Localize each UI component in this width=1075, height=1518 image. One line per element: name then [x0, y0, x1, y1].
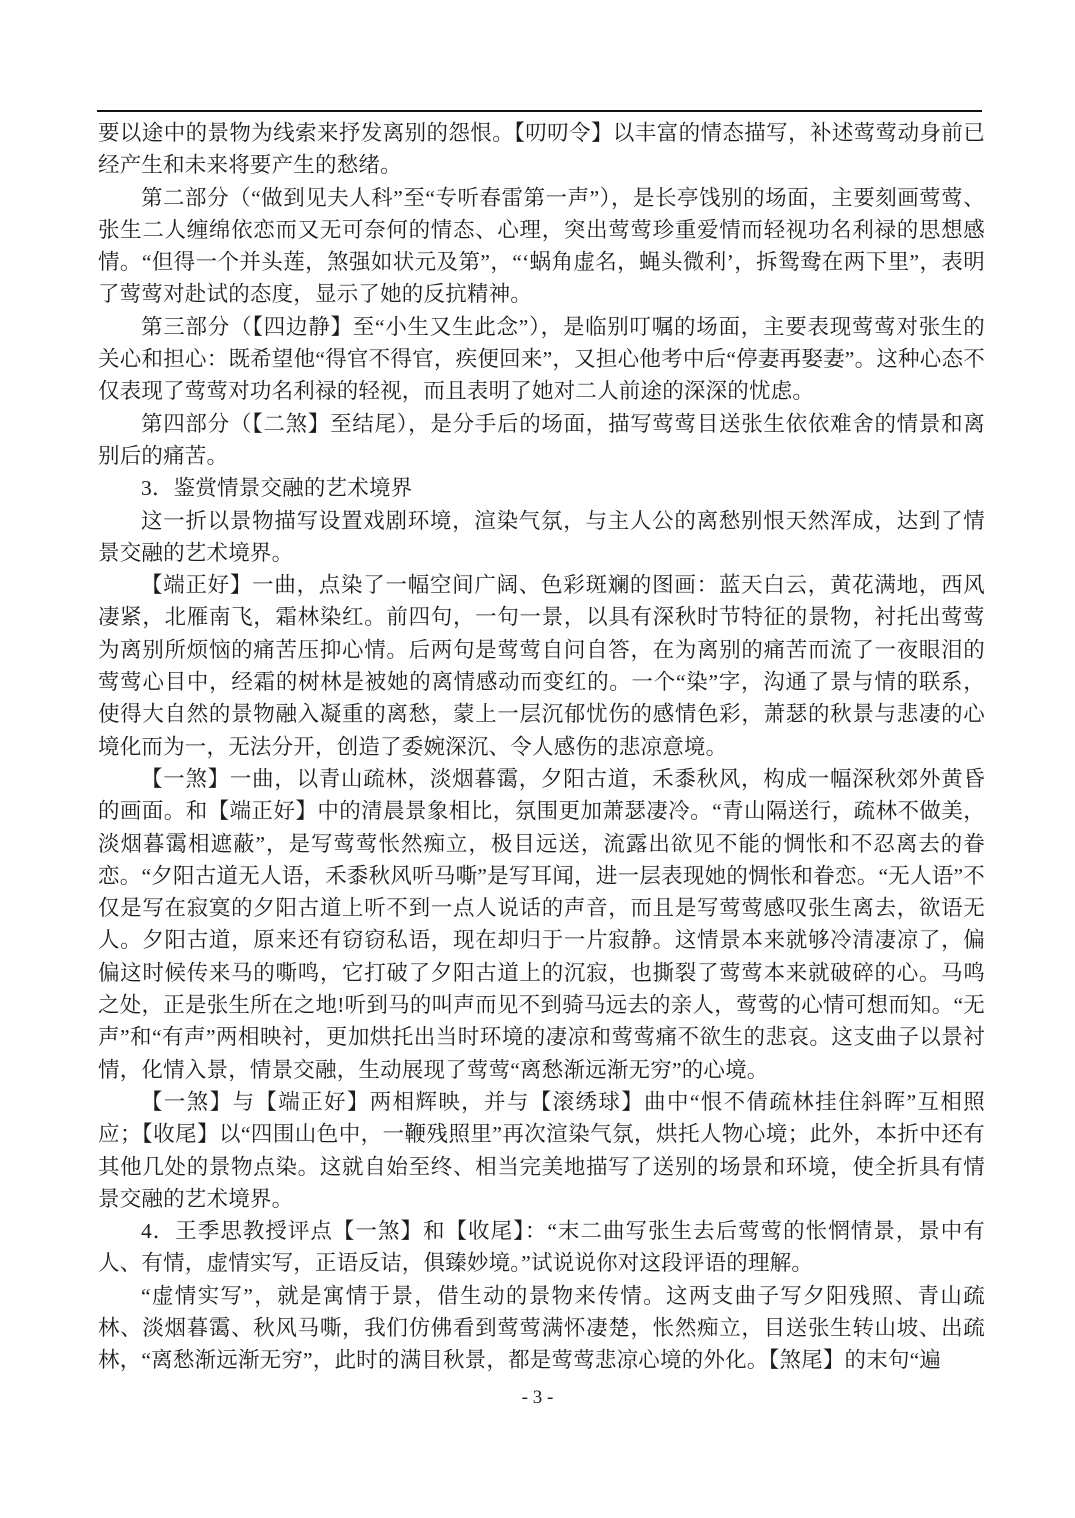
page-number: - 3 - — [522, 1387, 554, 1408]
paragraph-part2: 第二部分（“做到见夫人科”至“专听春雷第一声”），是长亭饯别的场面，主要刻画莺莺… — [98, 182, 985, 311]
paragraph-part4: 第四部分（【二煞】至结尾），是分手后的场面，描写莺莺目送张生依依难舍的情景和离别… — [98, 408, 985, 473]
page-footer: - 3 - — [0, 1386, 1075, 1410]
header-rule — [97, 110, 982, 112]
paragraph-xuqingshixie: “虚情实写”，就是寓情于景，借生动的景物来传情。这两支曲子写夕阳残照、青山疏林、… — [98, 1280, 985, 1377]
paragraph-part3: 第三部分（【四边静】至“小生又生此念”），是临别叮嘱的场面，主要表现莺莺对张生的… — [98, 311, 985, 408]
section-heading-4: 4．王季思教授评点【一煞】和【收尾】：“末二曲写张生去后莺莺的怅惘情景，景中有人… — [98, 1215, 985, 1280]
paragraph-shouwei: 【一煞】与【端正好】两相辉映，并与【滚绣球】曲中“恨不倩疏林挂住斜晖”互相照应；… — [98, 1086, 985, 1215]
paragraph-yisha: 【一煞】一曲，以青山疏林，淡烟暮霭，夕阳古道，禾黍秋风，构成一幅深秋郊外黄昏的画… — [98, 763, 985, 1086]
paragraph-overview: 这一折以景物描写设置戏剧环境，渲染气氛，与主人公的离愁别恨天然浑成，达到了情景交… — [98, 505, 985, 570]
document-body: 要以途中的景物为线索来抒发离别的怨恨。【叨叨令】以丰富的情态描写，补述莺莺动身前… — [98, 117, 985, 1377]
document-page: 要以途中的景物为线索来抒发离别的怨恨。【叨叨令】以丰富的情态描写，补述莺莺动身前… — [0, 0, 1075, 1518]
paragraph-duanzhenghao: 【端正好】一曲，点染了一幅空间广阔、色彩斑斓的图画：蓝天白云，黄花满地，西风凄紧… — [98, 569, 985, 763]
paragraph-continued: 要以途中的景物为线索来抒发离别的怨恨。【叨叨令】以丰富的情态描写，补述莺莺动身前… — [98, 117, 985, 182]
section-heading-3: 3．鉴赏情景交融的艺术境界 — [98, 472, 985, 504]
